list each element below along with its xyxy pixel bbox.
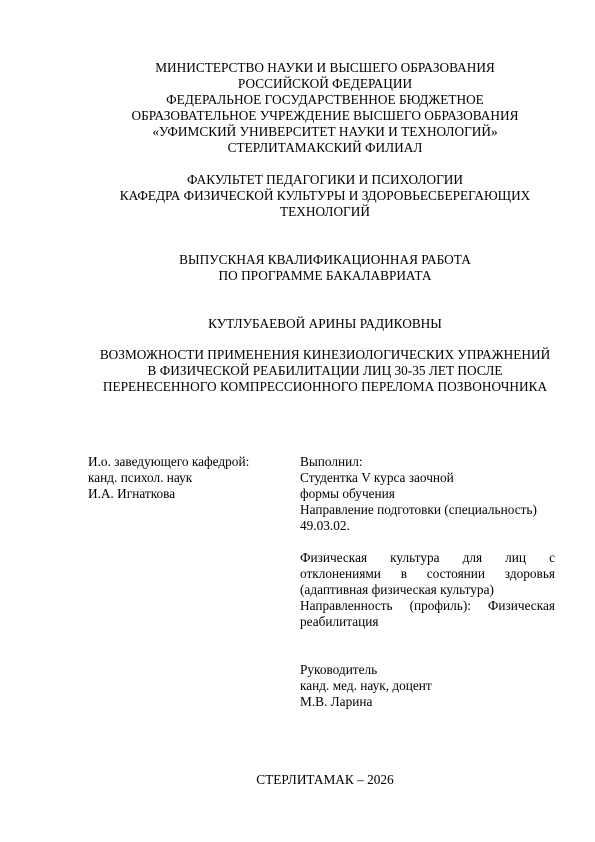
- department-line: ТЕХНОЛОГИЙ: [85, 204, 565, 220]
- ministry-header: МИНИСТЕРСТВО НАУКИ И ВЫСШЕГО ОБРАЗОВАНИЯ…: [85, 60, 565, 156]
- header-line: ФЕДЕРАЛЬНОЕ ГОСУДАРСТВЕННОЕ БЮДЖЕТНОЕ: [85, 92, 565, 108]
- header-line: МИНИСТЕРСТВО НАУКИ И ВЫСШЕГО ОБРАЗОВАНИЯ: [85, 60, 565, 76]
- performed-by-label: Выполнил:: [300, 454, 555, 470]
- spacer: [300, 630, 555, 662]
- header-line: СТЕРЛИТАМАКСКИЙ ФИЛИАЛ: [85, 140, 565, 156]
- title-page: МИНИСТЕРСТВО НАУКИ И ВЫСШЕГО ОБРАЗОВАНИЯ…: [0, 0, 595, 842]
- performer-block: Выполнил: Студентка V курса заочной форм…: [300, 454, 555, 710]
- spacer: [300, 534, 555, 550]
- thesis-title-line: ВОЗМОЖНОСТИ ПРИМЕНЕНИЯ КИНЕЗИОЛОГИЧЕСКИХ…: [85, 347, 565, 363]
- header-line: «УФИМСКИЙ УНИВЕРСИТЕТ НАУКИ И ТЕХНОЛОГИЙ…: [85, 124, 565, 140]
- head-degree: канд. психол. наук: [88, 470, 288, 486]
- footer: СТЕРЛИТАМАК – 2026: [85, 772, 565, 788]
- work-type-line: ВЫПУСКНАЯ КВАЛИФИКАЦИОННАЯ РАБОТА: [85, 252, 565, 268]
- head-role: И.о. заведующего кафедрой:: [88, 454, 288, 470]
- work-type-line: ПО ПРОГРАММЕ БАКАЛАВРИАТА: [85, 268, 565, 284]
- header-line: РОССИЙСКОЙ ФЕДЕРАЦИИ: [85, 76, 565, 92]
- faculty-line: ФАКУЛЬТЕТ ПЕДАГОГИКИ И ПСИХОЛОГИИ: [85, 172, 565, 188]
- supervisor-degree: канд. мед. наук, доцент: [300, 678, 555, 694]
- supervisor-name: М.В. Ларина: [300, 694, 555, 710]
- student-name: КУТЛУБАЕВОЙ АРИНЫ РАДИКОВНЫ: [85, 316, 565, 332]
- profile: Направленность (профиль): Физическая реа…: [300, 598, 555, 630]
- head-of-department-block: И.о. заведующего кафедрой: канд. психол.…: [88, 454, 288, 502]
- direction-label: Направление подготовки (специальность): [300, 502, 555, 518]
- study-form: формы обучения: [300, 486, 555, 502]
- header-line: ОБРАЗОВАТЕЛЬНОЕ УЧРЕЖДЕНИЕ ВЫСШЕГО ОБРАЗ…: [85, 108, 565, 124]
- faculty-department: ФАКУЛЬТЕТ ПЕДАГОГИКИ И ПСИХОЛОГИИ КАФЕДР…: [85, 172, 565, 220]
- city-year: СТЕРЛИТАМАК – 2026: [85, 772, 565, 788]
- thesis-title-line: ПЕРЕНЕСЕННОГО КОМПРЕССИОННОГО ПЕРЕЛОМА П…: [85, 379, 565, 395]
- student-name-text: КУТЛУБАЕВОЙ АРИНЫ РАДИКОВНЫ: [85, 316, 565, 332]
- head-name: И.А. Игнаткова: [88, 486, 288, 502]
- thesis-title-line: В ФИЗИЧЕСКОЙ РЕАБИЛИТАЦИИ ЛИЦ 30-35 ЛЕТ …: [85, 363, 565, 379]
- supervisor-label: Руководитель: [300, 662, 555, 678]
- work-type: ВЫПУСКНАЯ КВАЛИФИКАЦИОННАЯ РАБОТА ПО ПРО…: [85, 252, 565, 284]
- direction-name: Физическая культура для лиц с отклонения…: [300, 550, 555, 598]
- thesis-title: ВОЗМОЖНОСТИ ПРИМЕНЕНИЯ КИНЕЗИОЛОГИЧЕСКИХ…: [85, 347, 565, 395]
- department-line: КАФЕДРА ФИЗИЧЕСКОЙ КУЛЬТУРЫ И ЗДОРОВЬЕСБ…: [85, 188, 565, 204]
- student-course: Студентка V курса заочной: [300, 470, 555, 486]
- direction-code: 49.03.02.: [300, 518, 555, 534]
